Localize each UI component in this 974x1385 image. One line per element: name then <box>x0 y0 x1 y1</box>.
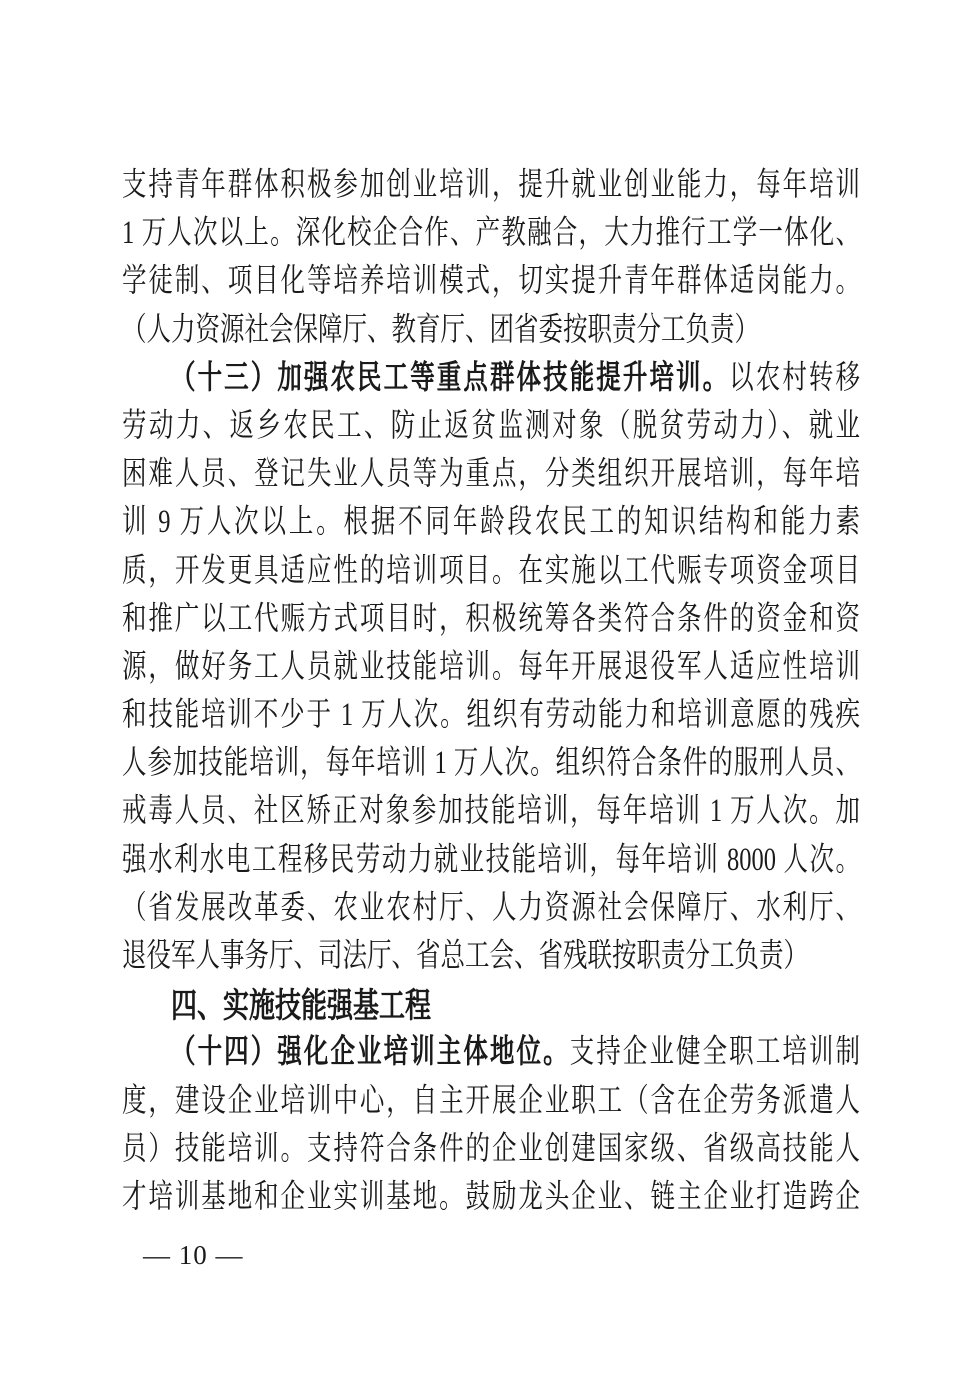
text-run: （人力资源社会保障厅、教育厅、团省委按职责分工负责） <box>122 312 759 348</box>
text-run: 强水利水电工程移民劳动力就业技能培训，每年培训 8000 人次。 <box>122 842 860 878</box>
text-run: 度，建设企业培训中心，自主开展企业职工（含在企劳务派遣人 <box>122 1083 860 1119</box>
document-page: 支持青年群体积极参加创业培训，提升就业创业能力，每年培训1 万人次以上。深化校企… <box>0 0 974 1385</box>
bold-text-run: （十四）强化企业培训主体地位。 <box>171 1035 570 1071</box>
text-run: 1 万人次以上。深化校企合作、产教融合，大力推行工学一体化、 <box>122 216 860 252</box>
text-run: 以农村转移 <box>729 360 860 396</box>
page-number: — 10 — <box>143 1240 244 1270</box>
text-run: 才培训基地和企业实训基地。鼓励龙头企业、链主企业打造跨企 <box>122 1179 860 1215</box>
text-run: 戒毒人员、社区矫正对象参加技能培训，每年培训 1 万人次。加 <box>122 794 860 830</box>
text-run: 人参加技能培训，每年培训 1 万人次。组织符合条件的服刑人员、 <box>122 746 860 782</box>
text-run: 员）技能培训。支持符合条件的企业创建国家级、省级高技能人 <box>122 1131 860 1167</box>
text-run: 支持企业健全职工培训制 <box>570 1035 860 1071</box>
text-run: 困难人员、登记失业人员等为重点，分类组织开展培训，每年培 <box>122 457 860 493</box>
text-line: 才培训基地和企业实训基地。鼓励龙头企业、链主企业打造跨企 <box>122 1166 860 1230</box>
text-run: （省发展改革委、农业农村厅、人力资源社会保障厅、水利厅、 <box>122 890 860 926</box>
section-heading-text: 四、实施技能强基工程 <box>171 985 431 1025</box>
text-run: 质，开发更具适应性的培训项目。在实施以工代赈专项资金项目 <box>122 553 860 589</box>
bold-text-run: （十三）加强农民工等重点群体技能提升培训。 <box>171 360 729 396</box>
text-run: 和推广以工代赈方式项目时，积极统筹各类符合条件的资金和资 <box>122 601 860 637</box>
text-run: 和技能培训不少于 1 万人次。组织有劳动能力和培训意愿的残疾 <box>122 698 860 734</box>
text-run: 训 9 万人次以上。根据不同年龄段农民工的知识结构和能力素 <box>122 505 860 541</box>
document-body: 支持青年群体积极参加创业培训，提升就业创业能力，每年培训1 万人次以上。深化校企… <box>122 162 860 1222</box>
text-run: 劳动力、返乡农民工、防止返贫监测对象（脱贫劳动力）、就业 <box>122 408 860 444</box>
text-run: 退役军人事务厅、司法厅、省总工会、省残联按职责分工负责） <box>122 938 808 974</box>
text-run: 源，做好务工人员就业技能培训。每年开展退役军人适应性培训 <box>122 649 860 685</box>
text-run: 支持青年群体积极参加创业培训，提升就业创业能力，每年培训 <box>122 167 860 203</box>
text-run: 学徒制、项目化等培养培训模式，切实提升青年群体适岗能力。 <box>122 264 860 300</box>
